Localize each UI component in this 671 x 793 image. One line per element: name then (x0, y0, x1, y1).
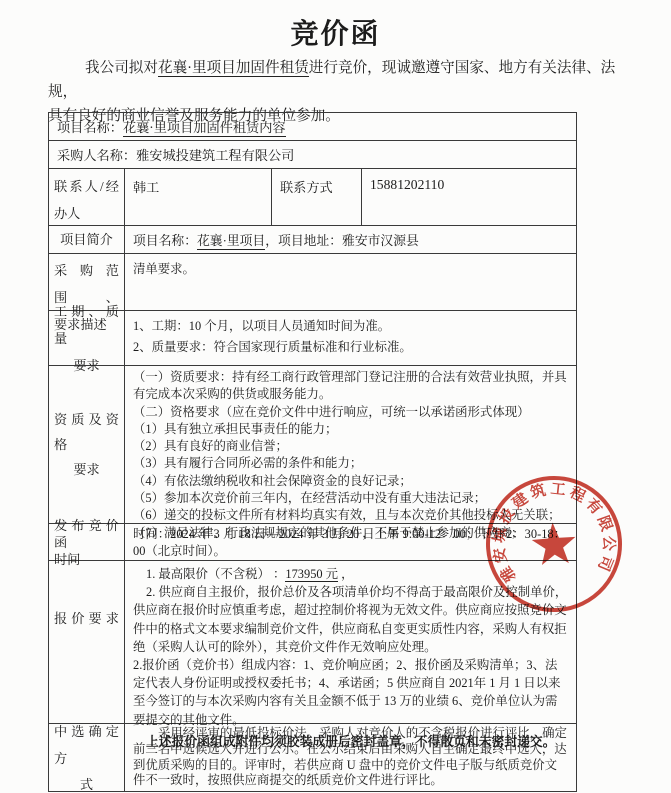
bidding-table: 项目名称：花襄·里项目加固件租赁内容 采购人名称：雅安城投建筑工程有限公司 联系… (48, 112, 577, 792)
schedule-label-line1: 工期、质量 (54, 298, 119, 352)
row-quote-requirements: 报价要求 1. 最高限价（不含税） ：173950 元 ， 2. 供应商自主报价… (49, 561, 576, 724)
schedule-cell: 1、工期：10 个月，以项目人员通知时间为准。 2、质量要求：符合国家现行质量标… (125, 311, 576, 365)
qualification-item: （3）具有履行合同所必需的条件和能力； (133, 455, 568, 472)
row-qualification: 资质及资格 要求 （一）资质要求：持有经工商行政管理部门登记注册的合法有效营业执… (49, 366, 576, 524)
project-name-value: 花襄·里项目加固件租赁内容 (123, 117, 286, 137)
intro-underlined-project: 花襄·里项目加固件租赁 (158, 60, 309, 77)
profile-label-text: 项目简介 (60, 226, 113, 253)
contact-phone-cell: 15881202110 (362, 169, 576, 225)
qualification-item: （一）资质要求：持有经工商行政管理部门登记注册的合法有效营业执照，并具有完成本次… (133, 369, 568, 404)
selection-paragraph: 采用经评审的最低投标价法。采购人对竞价人的不含税报价进行评比，确定前三名中选候选… (133, 726, 568, 789)
qualification-item: （6）递交的投标文件所有材料均真实有效，且与本次竞价其他投标人无关联； (133, 507, 568, 524)
qualification-label-line1: 资质及资格 (54, 407, 119, 457)
intro-pre: 我公司拟对 (85, 60, 158, 76)
purchaser-cell: 采购人名称：雅安城投建筑工程有限公司 (49, 141, 576, 168)
row-contact: 联系人/经 办人 韩工 联系方式 15881202110 (49, 169, 576, 226)
qualification-item: （二）资格要求（应在竞价文件中进行响应，可统一以承诺函形式体现） (133, 404, 568, 421)
max-price-pre: 1. 最高限价（不含税） ： (146, 567, 285, 581)
scope-cell: 清单要求。 (125, 254, 576, 310)
row-scope: 采购范围、 要求描述 清单要求。 (49, 254, 576, 311)
row-schedule: 工期、质量 要求 1、工期：10 个月，以项目人员通知时间为准。 2、质量要求：… (49, 311, 576, 366)
profile-post: ，项目地址：雅安市汉源县 (265, 230, 419, 249)
publish-time-label-line1: 发布竞价函 (54, 517, 119, 551)
max-price-post: ， (338, 567, 354, 581)
publish-time-label: 发布竞价函 时间 (49, 524, 125, 560)
quote-req-label: 报价要求 (49, 561, 125, 723)
quote-req-cell: 1. 最高限价（不含税） ：173950 元 ， 2. 供应商自主报价，报价总价… (125, 561, 576, 723)
selection-label-line1: 中选确定方 (54, 718, 119, 772)
contact-label: 联系人/经 办人 (49, 169, 125, 225)
schedule-item-1: 1、工期：10 个月，以项目人员通知时间为准。 (133, 316, 568, 337)
max-price-value: 173950 元 (285, 567, 338, 582)
qualification-item: （2）具有良好的商业信誉； (133, 438, 568, 455)
purchaser-label: 采购人名称： (57, 145, 136, 164)
quote-composition-paragraph: 2.报价函（竞价书）组成内容：1、竞价响应函；2、报价函及采购清单；3、法定代表… (133, 656, 568, 729)
document-page: 竞价函 我公司拟对花襄·里项目加固件租赁进行竞价，现诚邀遵守国家、地方有关法律、… (0, 0, 671, 793)
contact-label-line2: 办人 (54, 200, 119, 227)
row-selection-method: 中选确定方 式 采用经评审的最低投标价法。采购人对竞价人的不含税报价进行评比，确… (49, 724, 576, 791)
intro-line-1: 我公司拟对花襄·里项目加固件租赁进行竞价，现诚邀遵守国家、地方有关法律、法规， (48, 56, 636, 104)
publish-time-cell: 时间：2024 年 3 月 18 日—2024 年 3 月 20 日上午 9:0… (125, 524, 576, 560)
quote-req-label-text: 报价要求 (54, 605, 119, 632)
qualification-item: （1）具有独立承担民事责任的能力； (133, 421, 568, 438)
schedule-label: 工期、质量 要求 (49, 311, 125, 365)
qualification-cell: （一）资质要求：持有经工商行政管理部门登记注册的合法有效营业执照，并具有完成本次… (125, 366, 576, 523)
document-title: 竞价函 (0, 12, 671, 52)
row-purchaser: 采购人名称：雅安城投建筑工程有限公司 (49, 141, 576, 169)
selection-cell: 采用经评审的最低投标价法。采购人对竞价人的不含税报价进行评比，确定前三名中选候选… (125, 724, 576, 791)
qualification-label: 资质及资格 要求 (49, 366, 125, 523)
row-profile: 项目简介 项目名称：花襄·里项目，项目地址：雅安市汉源县 (49, 226, 576, 254)
profile-pre: 项目名称： (133, 230, 197, 249)
profile-label: 项目简介 (49, 226, 125, 253)
row-project-name: 项目名称：花襄·里项目加固件租赁内容 (49, 113, 576, 141)
profile-cell: 项目名称：花襄·里项目，项目地址：雅安市汉源县 (125, 226, 576, 253)
purchaser-value: 雅安城投建筑工程有限公司 (136, 145, 294, 164)
row-publish-time: 发布竞价函 时间 时间：2024 年 3 月 18 日—2024 年 3 月 2… (49, 524, 576, 561)
selection-label: 中选确定方 式 (49, 724, 125, 791)
qualification-item: （5）参加本次竞价前三年内，在经营活动中没有重大违法记录； (133, 490, 568, 507)
profile-underlined-project: 花襄·里项目 (197, 230, 265, 250)
selection-label-line2: 式 (54, 772, 119, 793)
contact-label-line1: 联系人/经 (54, 173, 119, 200)
qualification-label-line2: 要求 (54, 457, 119, 482)
project-name-label: 项目名称： (57, 117, 123, 136)
qualification-item: （4）有依法缴纳税收和社会保障资金的良好记录； (133, 473, 568, 490)
contact-method-label-cell: 联系方式 (272, 169, 362, 225)
schedule-item-2: 2、质量要求：符合国家现行质量标准和行业标准。 (133, 337, 568, 358)
contact-name-cell: 韩工 (125, 169, 272, 225)
project-name-cell: 项目名称：花襄·里项目加固件租赁内容 (49, 113, 576, 140)
quote-rule-paragraph: 2. 供应商自主报价，报价总价及各项清单价均不得高于最高限价及控制单价，供应商在… (133, 583, 568, 656)
max-price-line: 1. 最高限价（不含税） ：173950 元 ， (133, 565, 568, 583)
